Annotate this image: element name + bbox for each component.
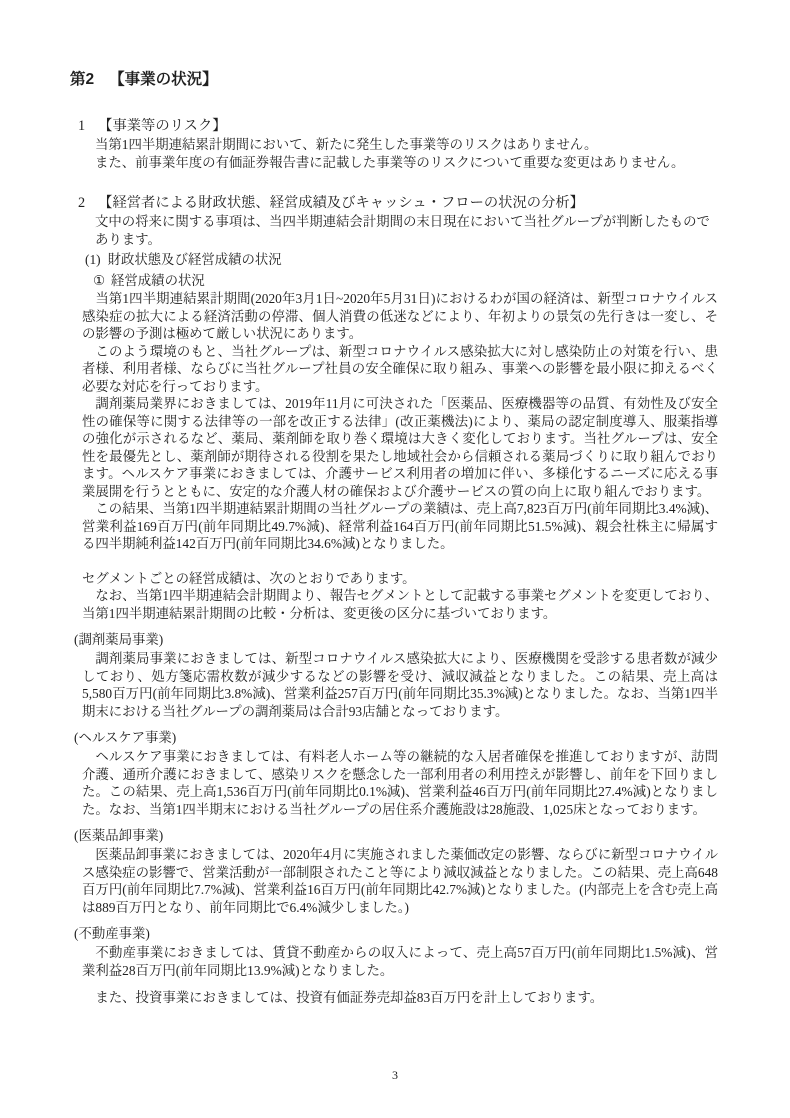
page-number: 3 <box>0 1068 790 1082</box>
section1-title: 【事業等のリスク】 <box>98 118 226 134</box>
segment-body: ヘルスケア事業におきましては、有料老人ホーム等の継続的な入居者確保を推進しており… <box>82 748 718 818</box>
section1-heading: 1【事業等のリスク】 <box>78 116 718 136</box>
chapter-heading: 第2【事業の状況】 <box>70 70 718 90</box>
chapter-title: 【事業の状況】 <box>109 71 218 88</box>
segment-label: (医薬品卸事業) <box>74 827 718 845</box>
item1-title: 経営成績の状況 <box>111 273 205 288</box>
segment-intro-note: なお、当第1四半期連結会計期間より、報告セグメントとして記載する事業セグメントを… <box>82 587 718 622</box>
segment-body: 調剤薬局事業におきましては、新型コロナウイルス感染拡大により、医療機関を受診する… <box>82 650 718 720</box>
section1-paragraph: 当第1四半期連結累計期間において、新たに発生した事業等のリスクはありません。 <box>95 136 718 154</box>
body-paragraph: この結果、当第1四半期連結累計期間の当社グループの業績は、売上高7,823百万円… <box>82 500 718 553</box>
subsection1-heading: (1)財政状態及び経営成績の状況 <box>85 250 718 269</box>
section-business-risks: 1【事業等のリスク】 当第1四半期連結累計期間において、新たに発生した事業等のリ… <box>70 116 718 171</box>
segment-real-estate: (不動産事業) 不動産事業におきましては、賃貸不動産からの収入によって、売上高5… <box>70 925 718 979</box>
section1-paragraph: また、前事業年度の有価証券報告書に記載した事業等のリスクについて重要な変更はあり… <box>95 154 718 172</box>
section2-title: 【経営者による財政状態、経営成績及びキャッシュ・フローの状況の分析】 <box>98 195 584 211</box>
chapter-number: 第2 <box>70 71 94 88</box>
segment-label: (調剤薬局事業) <box>74 631 718 649</box>
body-paragraph: 調剤薬局業界におきましては、2019年11月に可決された「医薬品、医療機器等の品… <box>82 395 718 500</box>
item1-heading: ①経営成績の状況 <box>93 271 718 290</box>
section2-heading: 2【経営者による財政状態、経営成績及びキャッシュ・フローの状況の分析】 <box>78 193 718 213</box>
segment-pharmaceutical-wholesale: (医薬品卸事業) 医薬品卸事業におきましては、2020年4月に実施されました薬価… <box>70 827 718 916</box>
segment-pharmacy: (調剤薬局事業) 調剤薬局事業におきましては、新型コロナウイルス感染拡大により、… <box>70 631 718 720</box>
segment-body: 不動産事業におきましては、賃貸不動産からの収入によって、売上高57百万円(前年同… <box>82 944 718 979</box>
segment-label: (ヘルスケア事業) <box>74 729 718 747</box>
segment-label: (不動産事業) <box>74 925 718 943</box>
segment-intro: セグメントごとの経営成績は、次のとおりであります。 <box>82 570 718 588</box>
section-management-analysis: 2【経営者による財政状態、経営成績及びキャッシュ・フローの状況の分析】 文中の将… <box>70 193 718 1007</box>
item1-label: ① <box>93 273 105 288</box>
subsection1-label: (1) <box>85 252 101 267</box>
section1-number: 1 <box>78 118 85 134</box>
closing-paragraph: また、投資事業におきましては、投資有価証券売却益83百万円を計上しております。 <box>82 989 718 1007</box>
body-paragraph: このよう環境のもと、当社グループは、新型コロナウイルス感染拡大に対し感染防止の対… <box>82 343 718 396</box>
body-paragraph: 当第1四半期連結累計期間(2020年3月1日~2020年5月31日)におけるわが… <box>82 290 718 343</box>
document-page: 第2【事業の状況】 1【事業等のリスク】 当第1四半期連結累計期間において、新た… <box>0 0 790 1118</box>
section2-lead: 文中の将来に関する事項は、当四半期連結会計期間の末日現在において当社グループが判… <box>95 213 718 248</box>
subsection1-title: 財政状態及び経営成績の状況 <box>108 252 282 267</box>
segment-body: 医薬品卸事業におきましては、2020年4月に実施されました薬価改定の影響、ならび… <box>82 846 718 916</box>
section2-number: 2 <box>78 195 85 211</box>
segment-healthcare: (ヘルスケア事業) ヘルスケア事業におきましては、有料老人ホーム等の継続的な入居… <box>70 729 718 818</box>
